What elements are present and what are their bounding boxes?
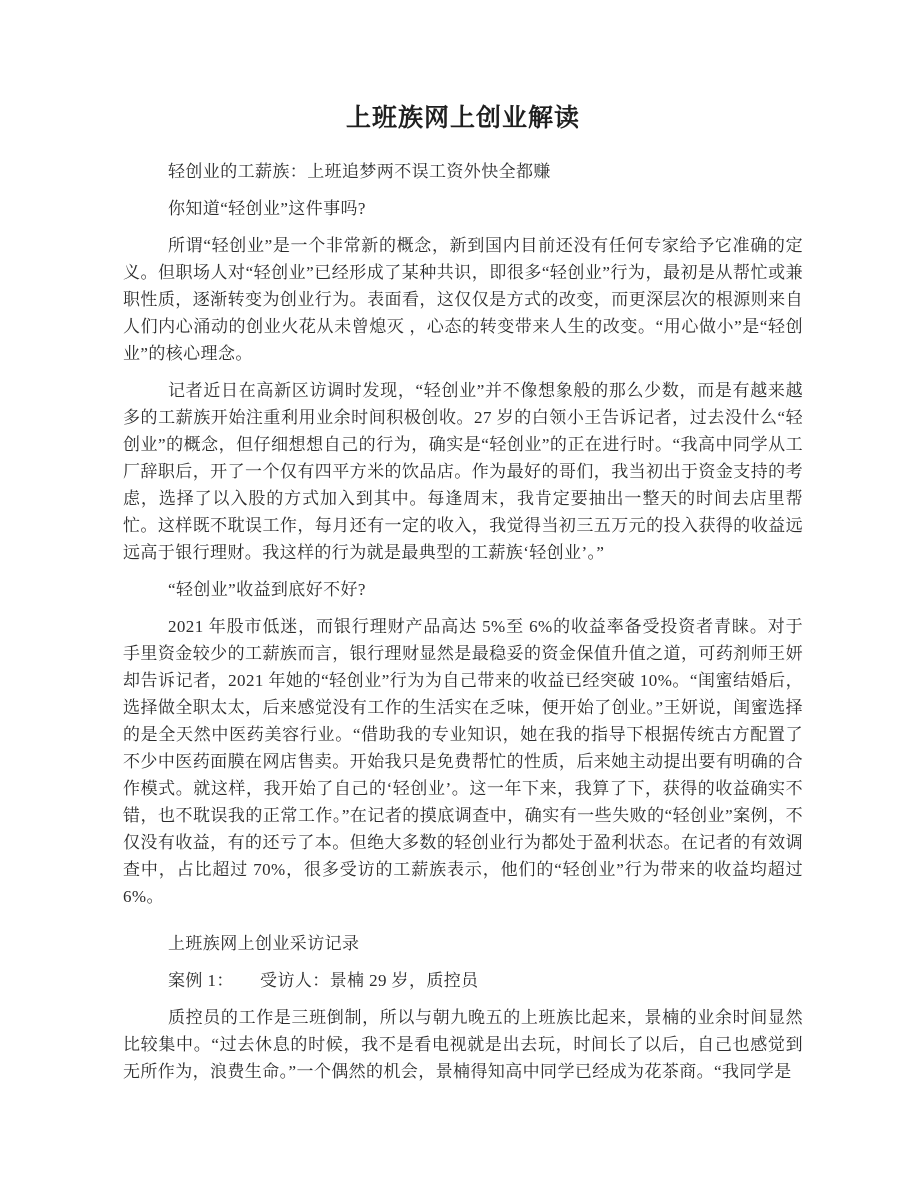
paragraph: 轻创业的工薪族：上班追梦两不误工资外快全都赚 [123, 158, 803, 185]
document-page: 上班族网上创业解读 轻创业的工薪族：上班追梦两不误工资外快全都赚你知道“轻创业”… [0, 0, 920, 1191]
document-body: 轻创业的工薪族：上班追梦两不误工资外快全都赚你知道“轻创业”这件事吗?所谓“轻创… [123, 158, 803, 1085]
paragraph: 上班族网上创业采访记录 [123, 930, 803, 957]
paragraph: “轻创业”收益到底好不好? [123, 576, 803, 603]
paragraph: 质控员的工作是三班倒制，所以与朝九晚五的上班族比起来，景楠的业余时间显然比较集中… [123, 1004, 803, 1085]
paragraph: 2021 年股市低迷，而银行理财产品高达 5%至 6%的收益率备受投资者青睐。对… [123, 613, 803, 910]
paragraph: 你知道“轻创业”这件事吗? [123, 195, 803, 222]
paragraph: 所谓“轻创业”是一个非常新的概念，新到国内目前还没有任何专家给予它准确的定义。但… [123, 232, 803, 367]
document-title: 上班族网上创业解读 [123, 104, 803, 134]
paragraph: 记者近日在高新区访调时发现，“轻创业”并不像想象般的那么少数，而是有越来越多的工… [123, 377, 803, 566]
paragraph: 案例 1： 受访人：景楠 29 岁，质控员 [123, 967, 803, 994]
document-content: 上班族网上创业解读 轻创业的工薪族：上班追梦两不误工资外快全都赚你知道“轻创业”… [0, 0, 920, 1085]
